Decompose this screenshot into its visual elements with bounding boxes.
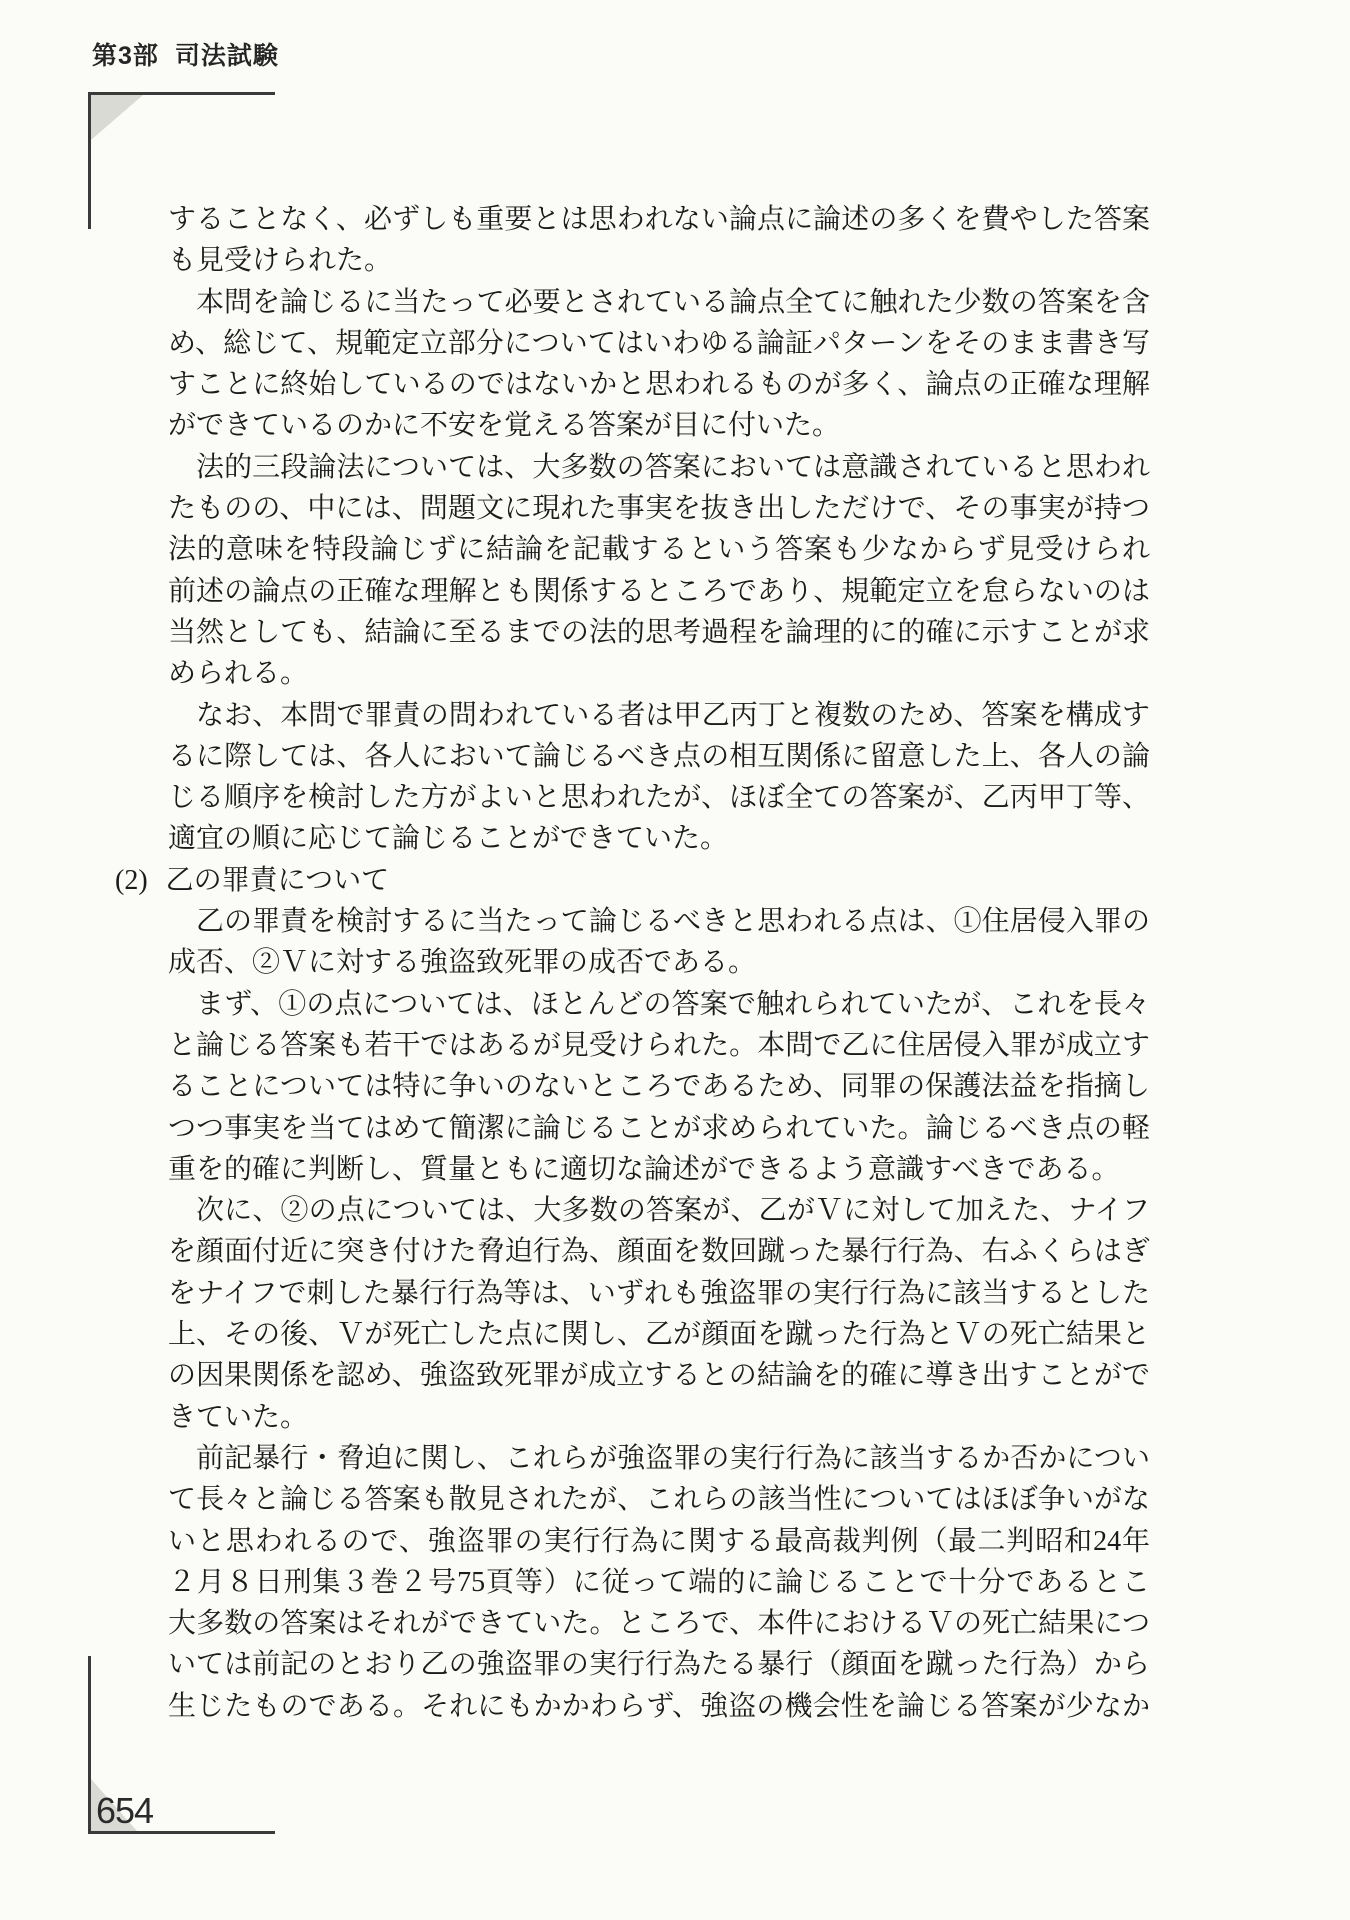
text-line: るに際しては、各人において論じるべき点の相互関係に留意した上、各人の論 [115, 736, 1150, 777]
text-line-content: ができているのかに不安を覚える答案が目に付いた。 [168, 410, 840, 441]
text-line-content: て長々と論じる答案も散見されたが、これらの該当性についてはほぼ争いがな [168, 1484, 1150, 1515]
chapter-title: 司法試験 [175, 42, 279, 70]
text-line-content: なお、本問で罪責の問われている者は甲乙丙丁と複数のため、答案を構成す [196, 700, 1150, 731]
text-line: 法的三段論法については、大多数の答案においては意識されていると思われ [115, 447, 1150, 488]
body-text-block: することなく、必ずしも重要とは思われない論点に論述の多くを費やした答案も見受けら… [115, 199, 1150, 1727]
text-line-content: まず、①の点については、ほとんどの答案で触れられていたが、これを長々 [196, 989, 1150, 1020]
text-line-content: 重を的確に判断し、質量ともに適切な論述ができるよう意識すべきである。 [168, 1154, 1119, 1185]
text-line-content: 適宜の順に応じて論じることができていた。 [168, 823, 728, 854]
text-line-content: 乙の罪責を検討するに当たって論じるべきと思われる点は、①住居侵入罪の [196, 906, 1150, 937]
text-line-content: ることについては特に争いのないところであるため、同罪の保護法益を指摘し [168, 1071, 1150, 1102]
text-line: いては前記のとおり乙の強盗罪の実行行為たる暴行（顔面を蹴った行為）から [115, 1644, 1150, 1685]
text-line: 成否、②Ｖに対する強盗致死罪の成否である。 [115, 942, 1150, 983]
text-line: 適宜の順に応じて論じることができていた。 [115, 818, 1150, 859]
text-line: 次に、②の点については、大多数の答案が、乙がＶに対して加えた、ナイフ [115, 1190, 1150, 1231]
text-line-content: つつ事実を当てはめて簡潔に論じることが求められていた。論じるべき点の軽 [168, 1113, 1150, 1144]
text-line-content: るに際しては、各人において論じるべき点の相互関係に留意した上、各人の論 [168, 741, 1150, 772]
text-line: められる。 [115, 653, 1150, 694]
text-line-content: ２月８日刑集３巻２号75頁等）に従って端的に論じることで十分であるところ、 [168, 1567, 1150, 1603]
text-line: 本問を論じるに当たって必要とされている論点全てに触れた少数の答案を含 [115, 282, 1150, 323]
text-line: て長々と論じる答案も散見されたが、これらの該当性についてはほぼ争いがな [115, 1479, 1150, 1520]
text-line: まず、①の点については、ほとんどの答案で触れられていたが、これを長々 [115, 984, 1150, 1025]
text-line: 法的意味を特段論じずに結論を記載するという答案も少なからず見受けられた。 [115, 529, 1150, 570]
text-line: ることについては特に争いのないところであるため、同罪の保護法益を指摘し [115, 1066, 1150, 1107]
text-line-content: 本問を論じるに当たって必要とされている論点全てに触れた少数の答案を含 [196, 287, 1150, 318]
text-line-content: も見受けられた。 [168, 245, 392, 276]
text-line-content: 上、その後、Ｖが死亡した点に関し、乙が顔面を蹴った行為とＶの死亡結果と [168, 1319, 1150, 1350]
text-line: 重を的確に判断し、質量ともに適切な論述ができるよう意識すべきである。 [115, 1149, 1150, 1190]
text-line-content: 生じたものである。それにもかかわらず、強盗の機会性を論じる答案が少なか [168, 1691, 1150, 1722]
text-line: も見受けられた。 [115, 240, 1150, 281]
text-line: 乙の罪責を検討するに当たって論じるべきと思われる点は、①住居侵入罪の [115, 901, 1150, 942]
chapter-part-label: 第3部 [92, 42, 159, 70]
text-line: と論じる答案も若干ではあるが見受けられた。本問で乙に住居侵入罪が成立す [115, 1025, 1150, 1066]
text-line-content: め、総じて、規範定立部分についてはいわゆる論証パターンをそのまま書き写 [168, 328, 1150, 359]
text-line: の因果関係を認め、強盗致死罪が成立するとの結論を的確に導き出すことがで [115, 1355, 1150, 1396]
text-line-content: すことに終始しているのではないかと思われるものが多く、論点の正確な理解 [168, 369, 1150, 400]
text-line-content: じる順序を検討した方がよいと思われたが、ほぼ全ての答案が、乙丙甲丁等、 [168, 782, 1150, 813]
text-line: いと思われるので、強盗罪の実行行為に関する最高裁判例（最二判昭和24年 [115, 1521, 1150, 1562]
text-line-content: をナイフで刺した暴行行為等は、いずれも強盗罪の実行行為に該当するとした [168, 1278, 1150, 1309]
text-line: 大多数の答案はそれができていた。ところで、本件におけるＶの死亡結果につ [115, 1603, 1150, 1644]
text-line-content: いては前記のとおり乙の強盗罪の実行行為たる暴行（顔面を蹴った行為）から [168, 1649, 1150, 1680]
page-number: 654 [96, 1793, 153, 1829]
text-line-content: 次に、②の点については、大多数の答案が、乙がＶに対して加えた、ナイフ [196, 1195, 1150, 1226]
text-line-content: を顔面付近に突き付けた脅迫行為、顔面を数回蹴った暴行行為、右ふくらはぎ [168, 1236, 1150, 1267]
text-line-content: められる。 [168, 658, 308, 689]
text-line: つつ事実を当てはめて簡潔に論じることが求められていた。論じるべき点の軽 [115, 1108, 1150, 1149]
top-corner-triangle [91, 95, 143, 140]
text-line: 前述の論点の正確な理解とも関係するところであり、規範定立を怠らないのは [115, 571, 1150, 612]
text-line: め、総じて、規範定立部分についてはいわゆる論証パターンをそのまま書き写 [115, 323, 1150, 364]
text-line: することなく、必ずしも重要とは思われない論点に論述の多くを費やした答案 [115, 199, 1150, 240]
text-line: を顔面付近に突き付けた脅迫行為、顔面を数回蹴った暴行行為、右ふくらはぎ [115, 1231, 1150, 1272]
text-line: なお、本問で罪責の問われている者は甲乙丙丁と複数のため、答案を構成す [115, 695, 1150, 736]
chapter-header: 第3部司法試験 [92, 36, 279, 72]
text-line-content: の因果関係を認め、強盗致死罪が成立するとの結論を的確に導き出すことがで [168, 1360, 1150, 1391]
text-line-content: 前記暴行・脅迫に関し、これらが強盗罪の実行行為に該当するか否かについ [196, 1443, 1150, 1474]
text-line: 当然としても、結論に至るまでの法的思考過程を論理的に的確に示すことが求 [115, 612, 1150, 653]
text-line-content: いと思われるので、強盗罪の実行行為に関する最高裁判例（最二判昭和24年 [168, 1526, 1150, 1557]
text-line: 上、その後、Ｖが死亡した点に関し、乙が顔面を蹴った行為とＶの死亡結果と [115, 1314, 1150, 1355]
text-line: 生じたものである。それにもかかわらず、強盗の機会性を論じる答案が少なか [115, 1686, 1150, 1727]
text-line-content: 大多数の答案はそれができていた。ところで、本件におけるＶの死亡結果につ [168, 1608, 1150, 1639]
bottom-horizontal-rule [88, 1831, 275, 1834]
section-number-label: (2) [115, 860, 148, 901]
text-line-content: することなく、必ずしも重要とは思われない論点に論述の多くを費やした答案 [168, 204, 1150, 235]
text-line-content: 法的三段論法については、大多数の答案においては意識されていると思われ [196, 452, 1150, 483]
text-line: じる順序を検討した方がよいと思われたが、ほぼ全ての答案が、乙丙甲丁等、 [115, 777, 1150, 818]
bottom-left-vertical-rule [88, 1656, 91, 1834]
text-line-content: きていた。 [168, 1402, 308, 1433]
text-line: (2)乙の罪責について [115, 860, 1150, 901]
text-line: ができているのかに不安を覚える答案が目に付いた。 [115, 405, 1150, 446]
text-line-content: と論じる答案も若干ではあるが見受けられた。本問で乙に住居侵入罪が成立す [168, 1030, 1150, 1061]
text-line-content: 当然としても、結論に至るまでの法的思考過程を論理的に的確に示すことが求 [168, 617, 1150, 648]
text-line: きていた。 [115, 1397, 1150, 1438]
text-line: をナイフで刺した暴行行為等は、いずれも強盗罪の実行行為に該当するとした [115, 1273, 1150, 1314]
text-line: たものの、中には、問題文に現れた事実を抜き出しただけで、その事実が持つ [115, 488, 1150, 529]
text-line: すことに終始しているのではないかと思われるものが多く、論点の正確な理解 [115, 364, 1150, 405]
text-line-content: 成否、②Ｖに対する強盗致死罪の成否である。 [168, 947, 756, 978]
text-line: 前記暴行・脅迫に関し、これらが強盗罪の実行行為に該当するか否かについ [115, 1438, 1150, 1479]
text-line-content: たものの、中には、問題文に現れた事実を抜き出しただけで、その事実が持つ [168, 493, 1150, 524]
text-line-content: 乙の罪責について [166, 865, 389, 896]
text-line-content: 法的意味を特段論じずに結論を記載するという答案も少なからず見受けられた。 [168, 534, 1150, 570]
text-line-content: 前述の論点の正確な理解とも関係するところであり、規範定立を怠らないのは [168, 576, 1150, 607]
text-line: ２月８日刑集３巻２号75頁等）に従って端的に論じることで十分であるところ、 [115, 1562, 1150, 1603]
